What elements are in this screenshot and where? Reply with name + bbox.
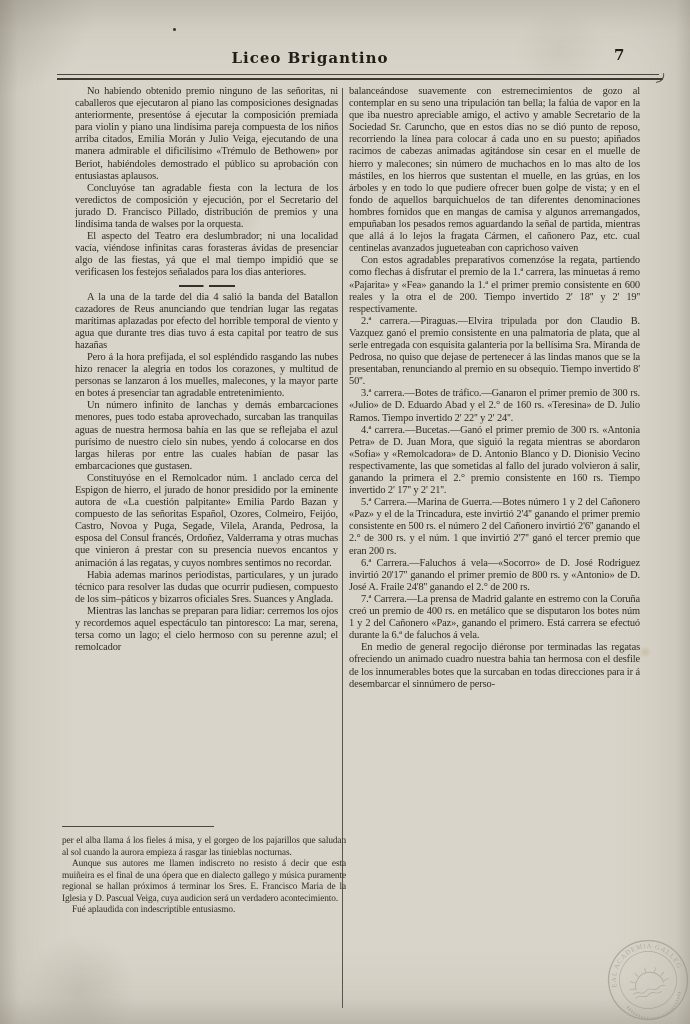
paragraph: 7.ª Carrera.—La prensa de Madrid galante… xyxy=(349,594,640,642)
paragraph: Un número infinito de lanchas y demás em… xyxy=(75,400,338,473)
paragraph: Mientras las lanchas se preparan para li… xyxy=(75,606,338,654)
header-rule-thin xyxy=(57,74,659,75)
paragraph: Constituyóse en el Remolcador núm. 1 anc… xyxy=(75,473,338,570)
paragraph: Con estos agradables preparativos comenz… xyxy=(349,255,640,315)
paragraph: 5.ª Carrera.—Marina de Guerra.—Botes núm… xyxy=(349,497,640,557)
newspaper-page: Liceo Brigantino 7 No habiendo obtenido … xyxy=(0,0,690,1024)
paragraph: Pero á la hora prefijada, el sol esplénd… xyxy=(75,352,338,400)
left-column: No habiendo obtenido premio ninguno de l… xyxy=(75,86,338,818)
ink-speck xyxy=(173,28,176,31)
paragraph: 4.ª carrera.—Bucetas.—Ganó el primer pre… xyxy=(349,425,640,498)
footnote: Fué aplaudida con indescriptible entusia… xyxy=(62,905,346,917)
paragraph: No habiendo obtenido premio ninguno de l… xyxy=(75,86,338,183)
footnote: per el alba llama á los fieles á misa, y… xyxy=(62,836,346,859)
paragraph: Habia ademas marinos periodistas, partic… xyxy=(75,570,338,606)
paragraph: El aspecto del Teatro era deslumbrador; … xyxy=(75,231,338,279)
header-rule-curl xyxy=(654,73,665,83)
header-rule-thick xyxy=(57,78,663,80)
right-column: balanceándose suavemente con estremecimi… xyxy=(349,86,640,948)
paragraph: 2.ª carrera.—Piraguas.—Elvira tripulada … xyxy=(349,316,640,389)
paragraph: 6.ª Carrera.—Faluchos á vela—«Socorro» d… xyxy=(349,558,640,594)
footnote-separator xyxy=(62,826,214,827)
footnote: Aunque sus autores me llamen indiscreto … xyxy=(62,859,346,905)
paragraph: A la una de la tarde del dia 4 salió la … xyxy=(75,292,338,352)
paragraph: Concluyóse tan agradable fiesta con la l… xyxy=(75,183,338,231)
masthead-title: Liceo Brigantino xyxy=(160,49,460,67)
paragraph: En medio de general regocijo diéronse po… xyxy=(349,642,640,690)
paragraph: 3.ª carrera.—Botes de tráfico.—Ganaron e… xyxy=(349,388,640,424)
page-number: 7 xyxy=(614,46,644,64)
paragraph: balanceándose suavemente con estremecimi… xyxy=(349,86,640,255)
footnote-block: per el alba llama á los fieles á misa, y… xyxy=(62,826,346,917)
section-divider xyxy=(179,285,235,287)
